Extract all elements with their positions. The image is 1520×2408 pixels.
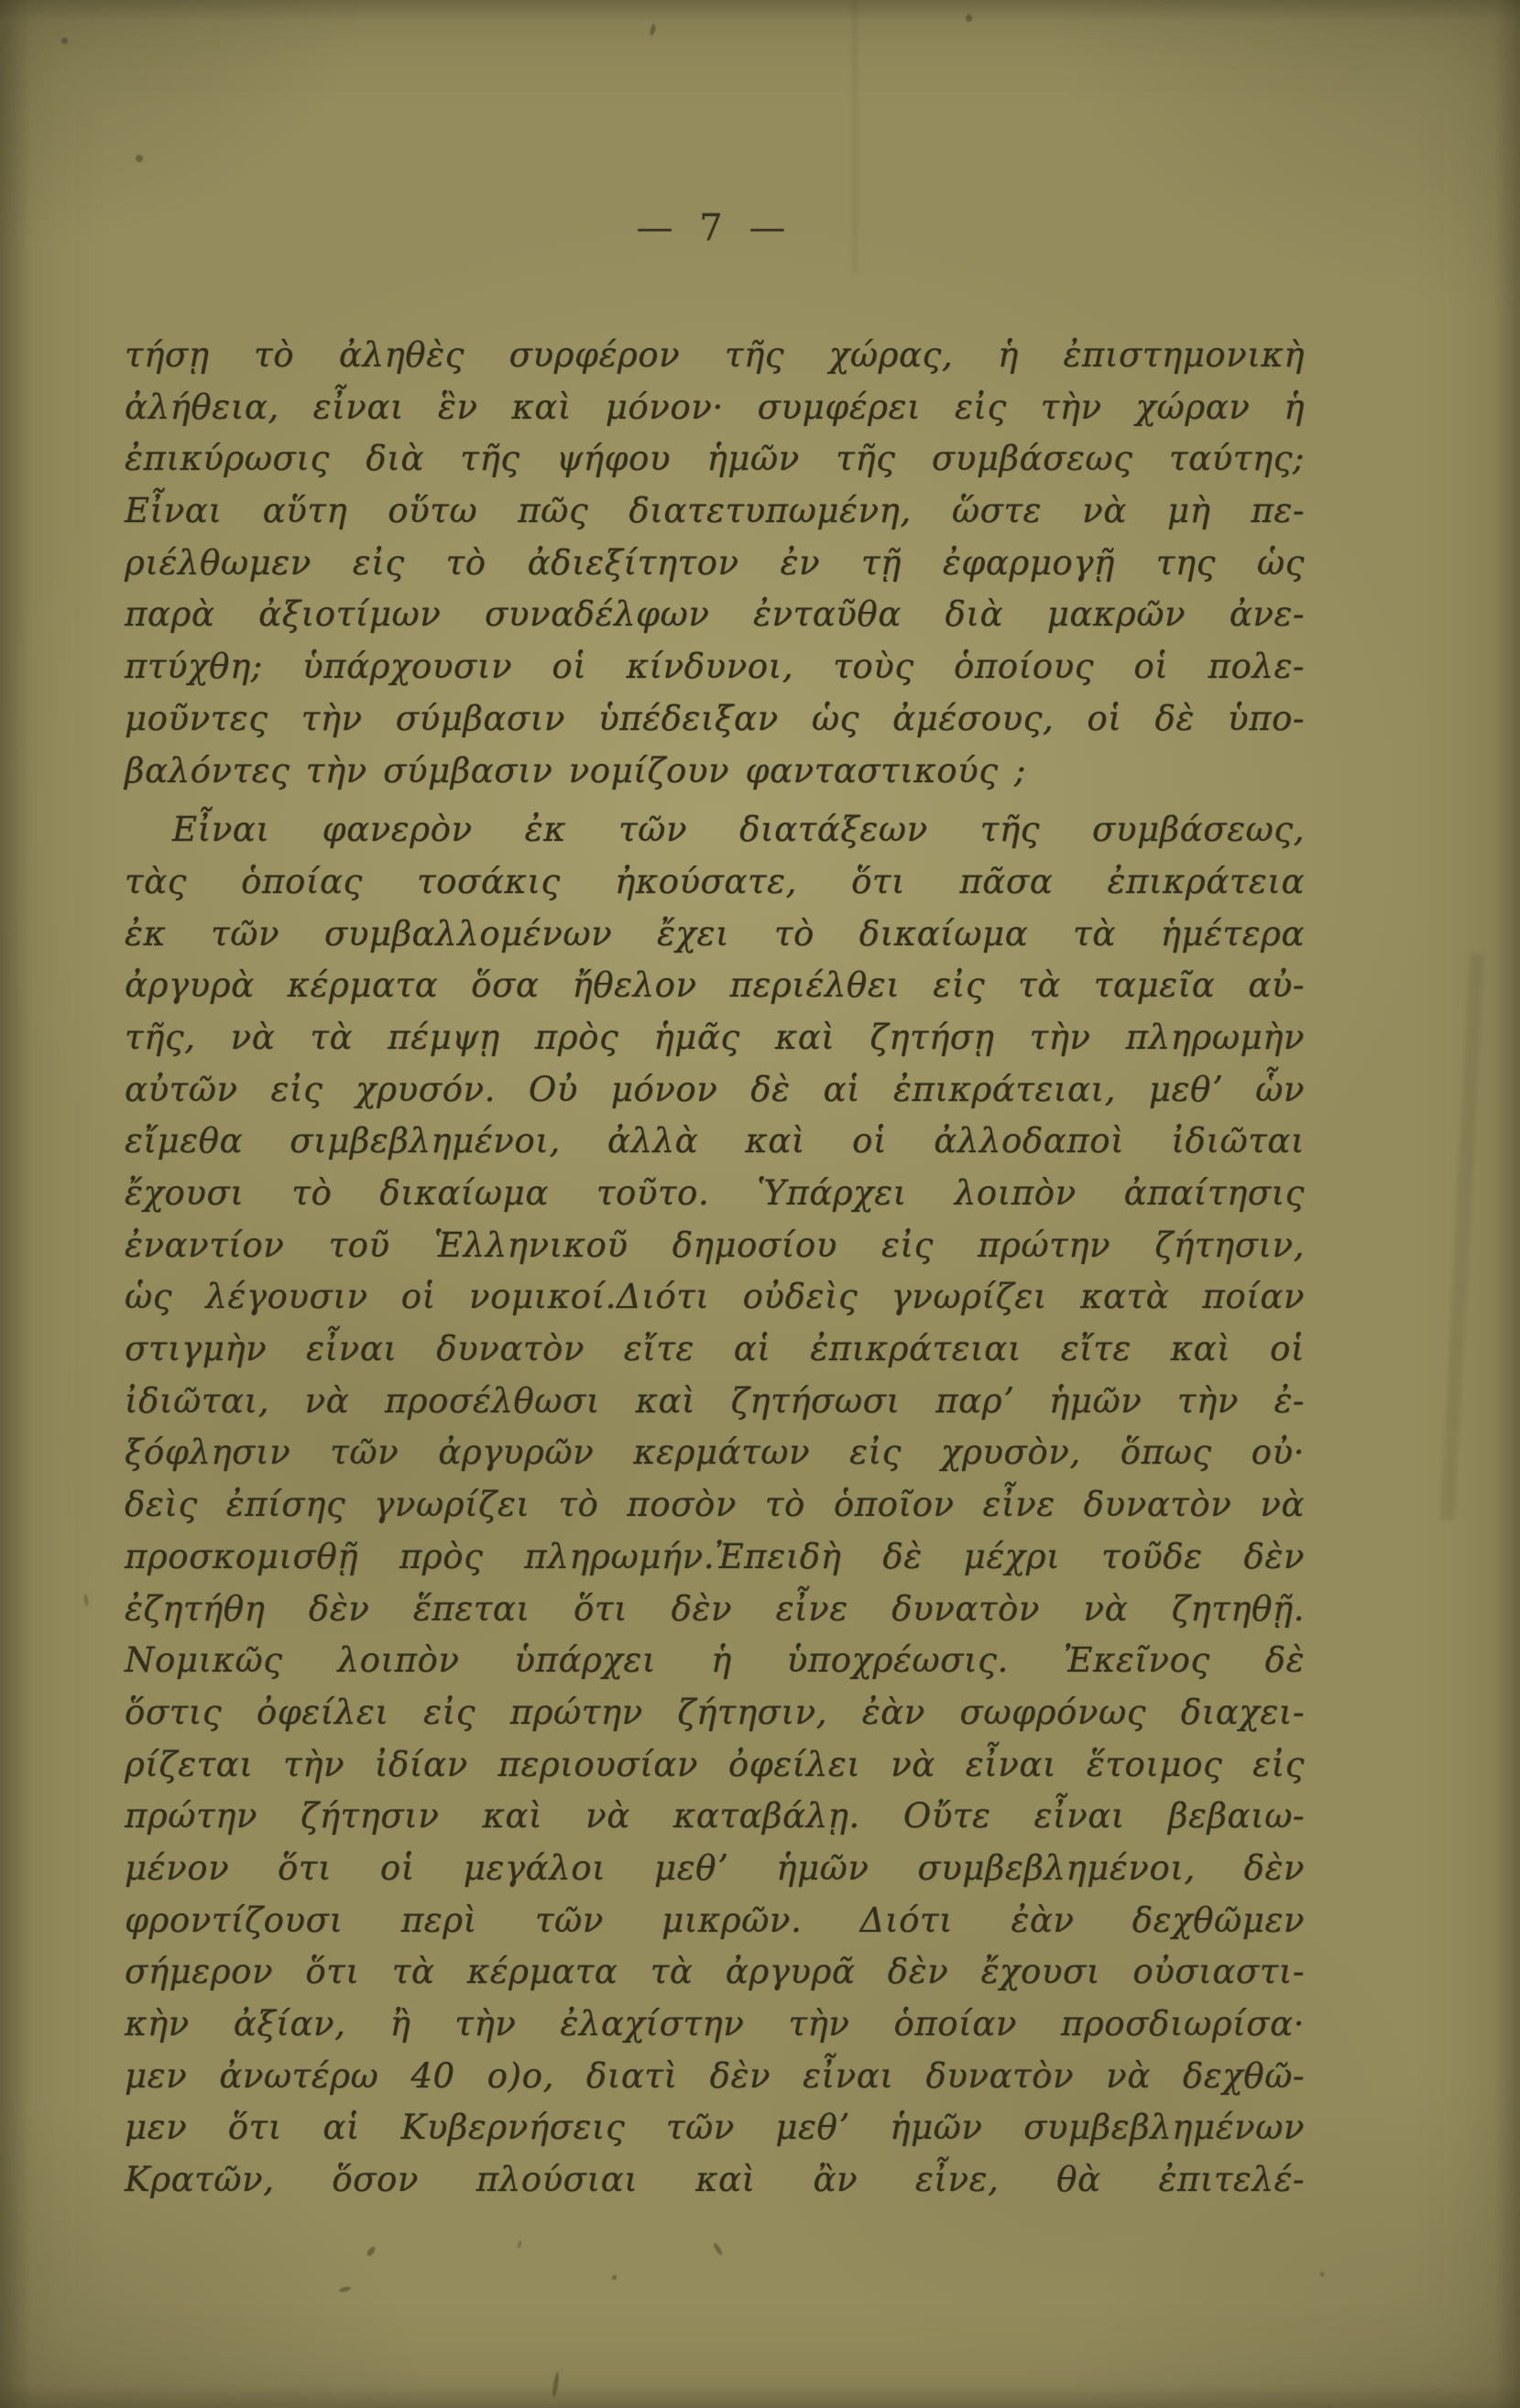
text-line: πρώτην ζήτησιν καὶ νὰ καταβάλῃ. Οὔτε εἶν… <box>125 1791 1305 1843</box>
ink-speck <box>712 2242 723 2256</box>
text-line: τῆς, νὰ τὰ πέμψῃ πρὸς ἡμᾶς καὶ ζητήσῃ τὴ… <box>125 1012 1305 1064</box>
text-line: τήσῃ τὸ ἀληθὲς συρφέρον τῆς χώρας, ἡ ἐπι… <box>125 330 1305 382</box>
text-line: τὰς ὁποίας τοσάκις ἠκούσατε, ὅτι πᾶσα ἐπ… <box>125 856 1305 909</box>
ink-speck <box>339 2285 352 2293</box>
text-line: δεὶς ἐπίσης γνωρίζει τὸ ποσὸν τὸ ὁποῖον … <box>125 1479 1305 1531</box>
paragraph-2: Εἶναι φανερὸν ἐκ τῶν διατάξεων τῆς συμβά… <box>125 804 1305 2206</box>
text-line: προσκομισθῇ πρὸς πληρωμήν.Ἐπειδὴ δὲ μέχρ… <box>125 1531 1305 1584</box>
paragraph-1: τήσῃ τὸ ἀληθὲς συρφέρον τῆς χώρας, ἡ ἐπι… <box>125 330 1305 797</box>
text-line: φροντίζουσι περὶ τῶν μικρῶν. Διότι ἐὰν δ… <box>125 1895 1305 1947</box>
ink-speck <box>136 155 143 162</box>
ink-speck <box>612 2275 617 2280</box>
text-line: μένον ὅτι οἱ μεγάλοι μεθʼ ἡμῶν συμβεβλημ… <box>125 1843 1305 1895</box>
text-line: Εἶναι φανερὸν ἐκ τῶν διατάξεων τῆς συμβά… <box>125 804 1305 856</box>
page-number: — 7 — <box>125 207 1305 249</box>
text-line: ἀλήθεια, εἶναι ἓν καὶ μόνον· συμφέρει εἰ… <box>125 382 1305 434</box>
text-line: κὴν ἀξίαν, ἢ τὴν ἐλαχίστην τὴν ὁποίαν πρ… <box>125 1999 1305 2051</box>
text-line: ἐναντίον τοῦ Ἑλληνικοῦ δημοσίου εἰς πρώτ… <box>125 1220 1305 1272</box>
text-line: ὅστις ὀφείλει εἰς πρώτην ζήτησιν, ἐὰν σω… <box>125 1687 1305 1739</box>
ink-speck <box>1319 2272 1325 2277</box>
scanned-book-page: — 7 — τήσῃ τὸ ἀληθὲς συρφέρον τῆς χώρας,… <box>0 0 1520 2408</box>
text-line: Νομικῶς λοιπὸν ὑπάρχει ἡ ὑποχρέωσις. Ἐκε… <box>125 1635 1305 1687</box>
ink-speck <box>650 24 657 37</box>
body-text: τήσῃ τὸ ἀληθὲς συρφέρον τῆς χώρας, ἡ ἐπι… <box>125 330 1305 2206</box>
text-line: ἐκ τῶν συμβαλλομένων ἔχει τὸ δικαίωμα τὰ… <box>125 909 1305 961</box>
text-line: Εἶναι αὕτη οὕτω πῶς διατετυπωμένη, ὥστε … <box>125 485 1305 538</box>
text-line: αὐτῶν εἰς χρυσόν. Οὐ μόνον δὲ αἱ ἐπικράτ… <box>125 1064 1305 1117</box>
text-line: εἴμεθα σιμβεβλημένοι, ἀλλὰ καὶ οἱ ἀλλοδα… <box>125 1116 1305 1168</box>
text-line: ἐζητήθη δὲν ἕπεται ὅτι δὲν εἶνε δυνατὸν … <box>125 1584 1305 1636</box>
text-line: ἀργυρὰ κέρματα ὅσα ἤθελον περιέλθει εἰς … <box>125 960 1305 1012</box>
text-line: μεν ὅτι αἱ Κυβερνήσεις τῶν μεθʼ ἡμῶν συμ… <box>125 2102 1305 2154</box>
text-line: μεν ἀνωτέρω 40 ο)ο, διατὶ δὲν εἶναι δυνα… <box>125 2051 1305 2103</box>
text-line: παρὰ ἀξιοτίμων συναδέλφων ἐνταῦθα διὰ μα… <box>125 589 1305 641</box>
ink-speck <box>61 38 68 44</box>
ink-speck <box>517 2240 523 2250</box>
text-line: ὡς λέγουσιν οἱ νομικοί.Διότι οὐδεὶς γνωρ… <box>125 1271 1305 1324</box>
paper-crease <box>1440 953 1484 1520</box>
text-line: σήμερον ὅτι τὰ κέρματα τὰ ἀργυρᾶ δὲν ἔχο… <box>125 1946 1305 1999</box>
ink-speck <box>966 15 972 22</box>
ink-speck <box>366 2245 377 2257</box>
text-line: Κρατῶν, ὅσον πλούσιαι καὶ ἂν εἶνε, θὰ ἐπ… <box>125 2154 1305 2206</box>
text-line: ρίζεται τὴν ἰδίαν περιουσίαν ὀφείλει νὰ … <box>125 1739 1305 1792</box>
text-line: ξόφλησιν τῶν ἀργυρῶν κερμάτων εἰς χρυσὸν… <box>125 1427 1305 1479</box>
text-line: ἔχουσι τὸ δικαίωμα τοῦτο. Ὑπάρχει λοιπὸν… <box>125 1168 1305 1220</box>
text-line: στιγμὴν εἶναι δυνατὸν εἴτε αἱ ἐπικράτεια… <box>125 1324 1305 1376</box>
ink-speck <box>552 2372 560 2397</box>
text-line: μοῦντες τὴν σύμβασιν ὑπέδειξαν ὡς ἀμέσου… <box>125 693 1305 746</box>
text-line: ριέλθωμεν εἰς τὸ ἀδιεξίτητον ἐν τῇ ἐφαρμ… <box>125 538 1305 590</box>
text-line: πτύχθη; ὑπάρχουσιν οἱ κίνδυνοι, τοὺς ὁπο… <box>125 641 1305 693</box>
text-line: ἰδιῶται, νὰ προσέλθωσι καὶ ζητήσωσι παρʼ… <box>125 1376 1305 1428</box>
text-line: ἐπικύρωσις διὰ τῆς ψήφου ἡμῶν τῆς συμβάσ… <box>125 433 1305 485</box>
paper-crease <box>853 0 857 275</box>
text-line: βαλόντες τὴν σύμβασιν νομίζουν φανταστικ… <box>125 746 1305 798</box>
ink-speck <box>83 1594 89 1607</box>
